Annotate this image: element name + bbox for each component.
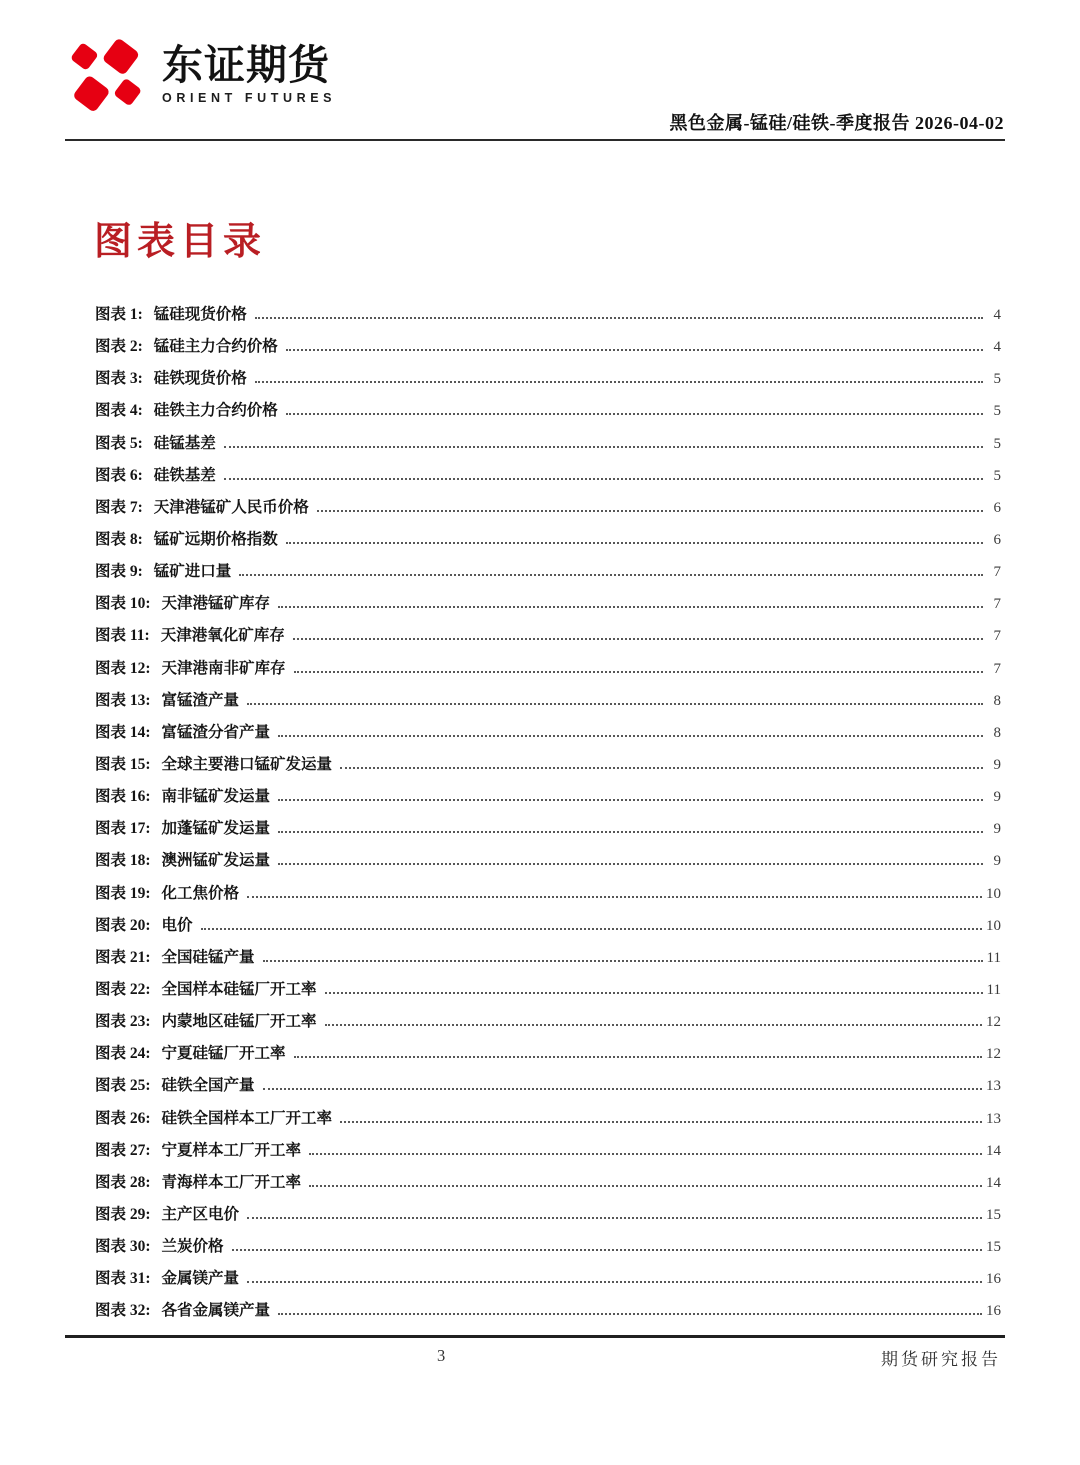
toc-entry[interactable]: 图表 5: 硅锰基差 5	[95, 431, 1001, 463]
toc-entry[interactable]: 图表 12: 天津港南非矿库存 7	[95, 656, 1001, 688]
toc-entry[interactable]: 图表 17: 加蓬锰矿发运量 9	[95, 816, 1001, 848]
toc-entry[interactable]: 图表 25: 硅铁全国产量 13	[95, 1073, 1001, 1105]
toc-entry-number: 图表 10:	[95, 591, 151, 613]
toc-entry-title: 化工焦价格	[162, 881, 240, 903]
toc-entry[interactable]: 图表 11: 天津港氧化矿库存 7	[95, 623, 1001, 655]
toc-entry[interactable]: 图表 23: 内蒙地区硅锰厂开工率 12	[95, 1009, 1001, 1041]
toc-dot-leader	[340, 767, 983, 769]
toc-entry[interactable]: 图表 14: 富锰渣分省产量 8	[95, 720, 1001, 752]
toc-dot-leader	[263, 1088, 982, 1090]
toc-entry-title: 锰硅现货价格	[154, 302, 247, 324]
toc-dot-leader	[325, 1024, 982, 1026]
toc-entry-title: 各省金属镁产量	[162, 1298, 271, 1320]
toc-entry-page-number: 9	[987, 853, 1001, 870]
toc-entry-number: 图表 26:	[95, 1106, 151, 1128]
toc-entry-number: 图表 11:	[95, 623, 150, 645]
report-type-label: 黑色金属-锰硅/硅铁-季度报告 2026-04-02	[670, 109, 1004, 135]
toc-entry-number: 图表 21:	[95, 945, 151, 967]
toc-entry-page-number: 4	[987, 339, 1001, 356]
toc-entry-title: 天津港南非矿库存	[162, 656, 286, 678]
toc-entry-number: 图表 32:	[95, 1298, 151, 1320]
page-title: 图表目录	[94, 210, 266, 265]
toc-entry[interactable]: 图表 26: 硅铁全国样本工厂开工率 13	[95, 1106, 1001, 1138]
toc-entry-page-number: 9	[987, 789, 1001, 806]
toc-entry-page-number: 5	[987, 468, 1001, 485]
toc-entry[interactable]: 图表 18: 澳洲锰矿发运量 9	[95, 848, 1001, 880]
toc-entry-page-number: 5	[987, 371, 1001, 388]
toc-dot-leader	[340, 1121, 982, 1123]
toc-entry-page-number: 5	[987, 403, 1001, 420]
toc-entry-number: 图表 5:	[95, 431, 143, 453]
toc-entry-page-number: 12	[986, 1046, 1001, 1063]
toc-entry-number: 图表 9:	[95, 559, 143, 581]
logo-name-en: ORIENT FUTURES	[162, 91, 336, 105]
toc-entry-number: 图表 28:	[95, 1170, 151, 1192]
toc-entry-number: 图表 31:	[95, 1266, 151, 1288]
toc-entry-title: 南非锰矿发运量	[162, 784, 271, 806]
toc-dot-leader	[263, 960, 983, 962]
toc-entry[interactable]: 图表 32: 各省金属镁产量 16	[95, 1298, 1001, 1330]
toc-entry[interactable]: 图表 31: 金属镁产量 16	[95, 1266, 1001, 1298]
toc-entry-title: 锰矿远期价格指数	[154, 527, 278, 549]
toc-entry-number: 图表 8:	[95, 527, 143, 549]
toc-entry-title: 宁夏样本工厂开工率	[162, 1138, 302, 1160]
toc-entry-page-number: 13	[986, 1078, 1001, 1095]
toc-entry[interactable]: 图表 8: 锰矿远期价格指数 6	[95, 527, 1001, 559]
toc-entry-title: 全球主要港口锰矿发运量	[162, 752, 333, 774]
toc-entry-number: 图表 20:	[95, 913, 151, 935]
toc-dot-leader	[278, 799, 983, 801]
toc-dot-leader	[255, 317, 983, 319]
toc-entry-number: 图表 19:	[95, 881, 151, 903]
toc-entry-number: 图表 13:	[95, 688, 151, 710]
toc-entry-page-number: 12	[986, 1014, 1001, 1031]
toc-entry-number: 图表 1:	[95, 302, 143, 324]
toc-entry-page-number: 7	[987, 661, 1001, 678]
toc-entry-title: 金属镁产量	[162, 1266, 240, 1288]
footer-page-number: 3	[437, 1346, 445, 1366]
toc-entry-title: 天津港锰矿库存	[162, 591, 271, 613]
toc-entry-number: 图表 12:	[95, 656, 151, 678]
toc-entry[interactable]: 图表 27: 宁夏样本工厂开工率 14	[95, 1138, 1001, 1170]
toc-entry-page-number: 9	[987, 821, 1001, 838]
logo-name-cn: 东证期货	[162, 44, 336, 87]
footer-divider	[65, 1335, 1005, 1338]
toc-entry-number: 图表 29:	[95, 1202, 151, 1224]
toc-entry-title: 兰炭价格	[162, 1234, 224, 1256]
toc-entry[interactable]: 图表 4: 硅铁主力合约价格 5	[95, 398, 1001, 430]
toc-entry-title: 硅铁现货价格	[154, 366, 247, 388]
toc-entry-title: 天津港锰矿人民币价格	[154, 495, 309, 517]
toc-entry[interactable]: 图表 13: 富锰渣产量 8	[95, 688, 1001, 720]
orient-futures-pinwheel-icon	[64, 32, 150, 118]
toc-entry-page-number: 16	[986, 1271, 1001, 1288]
toc-dot-leader	[293, 638, 983, 640]
toc-dot-leader	[325, 992, 983, 994]
toc-entry-page-number: 11	[987, 950, 1001, 967]
toc-dot-leader	[278, 735, 983, 737]
toc-entry[interactable]: 图表 10: 天津港锰矿库存 7	[95, 591, 1001, 623]
toc-entry[interactable]: 图表 29: 主产区电价 15	[95, 1202, 1001, 1234]
toc-dot-leader	[232, 1249, 982, 1251]
toc-entry[interactable]: 图表 6: 硅铁基差 5	[95, 463, 1001, 495]
toc-entry-page-number: 14	[986, 1143, 1001, 1160]
toc-dot-leader	[309, 1185, 982, 1187]
toc-entry-title: 富锰渣产量	[162, 688, 240, 710]
toc-dot-leader	[294, 671, 983, 673]
toc-entry[interactable]: 图表 15: 全球主要港口锰矿发运量 9	[95, 752, 1001, 784]
toc-entry-title: 硅铁基差	[154, 463, 216, 485]
toc-entry[interactable]: 图表 20: 电价 10	[95, 913, 1001, 945]
toc-entry-number: 图表 17:	[95, 816, 151, 838]
toc-entry-number: 图表 6:	[95, 463, 143, 485]
toc-entry-number: 图表 22:	[95, 977, 151, 999]
toc-entry-number: 图表 18:	[95, 848, 151, 870]
toc-entry-page-number: 8	[987, 725, 1001, 742]
toc-entry-title: 全国样本硅锰厂开工率	[162, 977, 317, 999]
toc-entry-title: 宁夏硅锰厂开工率	[162, 1041, 286, 1063]
toc-entry-number: 图表 14:	[95, 720, 151, 742]
toc-dot-leader	[278, 606, 983, 608]
toc-entry-number: 图表 24:	[95, 1041, 151, 1063]
toc-dot-leader	[286, 413, 983, 415]
toc-entry-title: 硅铁全国产量	[162, 1073, 255, 1095]
toc-entry-title: 富锰渣分省产量	[162, 720, 271, 742]
toc-dot-leader	[247, 1281, 982, 1283]
toc-entry-page-number: 15	[986, 1239, 1001, 1256]
toc-entry-page-number: 11	[987, 982, 1001, 999]
toc-dot-leader	[201, 928, 982, 930]
toc-entry-title: 锰矿进口量	[154, 559, 232, 581]
toc-entry[interactable]: 图表 28: 青海样本工厂开工率 14	[95, 1170, 1001, 1202]
toc-entry-page-number: 13	[986, 1111, 1001, 1128]
toc-entry-page-number: 16	[986, 1303, 1001, 1320]
toc-dot-leader	[286, 542, 983, 544]
toc-entry-number: 图表 30:	[95, 1234, 151, 1256]
toc-dot-leader	[278, 1313, 982, 1315]
toc-entry-number: 图表 25:	[95, 1073, 151, 1095]
toc-entry[interactable]: 图表 3: 硅铁现货价格 5	[95, 366, 1001, 398]
toc-entry-page-number: 8	[987, 693, 1001, 710]
toc-dot-leader	[286, 349, 983, 351]
toc-entry-page-number: 15	[986, 1207, 1001, 1224]
orient-futures-logo: 东证期货 ORIENT FUTURES	[64, 32, 336, 118]
toc-entry-title: 天津港氧化矿库存	[161, 623, 285, 645]
toc-entry-page-number: 4	[987, 307, 1001, 324]
toc-entry-number: 图表 4:	[95, 398, 143, 420]
toc-dot-leader	[255, 381, 983, 383]
toc-entry-title: 锰硅主力合约价格	[154, 334, 278, 356]
toc-entry-page-number: 7	[987, 596, 1001, 613]
toc-entry-number: 图表 23:	[95, 1009, 151, 1031]
toc-entry[interactable]: 图表 7: 天津港锰矿人民币价格 6	[95, 495, 1001, 527]
toc-dot-leader	[224, 446, 983, 448]
toc-entry-page-number: 7	[987, 564, 1001, 581]
toc-entry-page-number: 10	[986, 886, 1001, 903]
toc-entry-title: 硅铁主力合约价格	[154, 398, 278, 420]
toc-dot-leader	[294, 1056, 982, 1058]
toc-entry-title: 青海样本工厂开工率	[162, 1170, 302, 1192]
toc-entry-page-number: 6	[987, 500, 1001, 517]
toc-entry-title: 澳洲锰矿发运量	[162, 848, 271, 870]
toc-entry[interactable]: 图表 16: 南非锰矿发运量 9	[95, 784, 1001, 816]
toc-entry-number: 图表 7:	[95, 495, 143, 517]
header-divider	[65, 139, 1005, 141]
toc-entry-page-number: 7	[987, 628, 1001, 645]
footer-report-series-label: 期货研究报告	[881, 1345, 1001, 1370]
toc-entry-number: 图表 27:	[95, 1138, 151, 1160]
toc-dot-leader	[247, 896, 982, 898]
toc-entry-title: 主产区电价	[162, 1202, 240, 1224]
toc-entry[interactable]: 图表 21: 全国硅锰产量 11	[95, 945, 1001, 977]
toc-entry[interactable]: 图表 30: 兰炭价格 15	[95, 1234, 1001, 1266]
toc-entry[interactable]: 图表 9: 锰矿进口量 7	[95, 559, 1001, 591]
toc-entry-title: 全国硅锰产量	[162, 945, 255, 967]
logo-text: 东证期货 ORIENT FUTURES	[162, 44, 336, 105]
toc-entry-title: 内蒙地区硅锰厂开工率	[162, 1009, 317, 1031]
toc-entry-number: 图表 3:	[95, 366, 143, 388]
toc-entry-page-number: 6	[987, 532, 1001, 549]
toc-dot-leader	[317, 510, 983, 512]
toc-dot-leader	[247, 703, 983, 705]
toc-dot-leader	[278, 863, 983, 865]
toc-entry-number: 图表 2:	[95, 334, 143, 356]
toc-dot-leader	[224, 478, 983, 480]
toc-entry[interactable]: 图表 22: 全国样本硅锰厂开工率 11	[95, 977, 1001, 1009]
toc-dot-leader	[309, 1153, 982, 1155]
toc-entry[interactable]: 图表 1: 锰硅现货价格 4	[95, 302, 1001, 334]
toc-entry[interactable]: 图表 24: 宁夏硅锰厂开工率 12	[95, 1041, 1001, 1073]
toc-entry-title: 加蓬锰矿发运量	[162, 816, 271, 838]
toc-entry-title: 硅锰基差	[154, 431, 216, 453]
toc-dot-leader	[247, 1217, 982, 1219]
toc-entry[interactable]: 图表 19: 化工焦价格 10	[95, 881, 1001, 913]
toc-entry-number: 图表 16:	[95, 784, 151, 806]
toc-entry-page-number: 5	[987, 436, 1001, 453]
toc-list: 图表 1: 锰硅现货价格 4 图表 2: 锰硅主力合约价格 4 图表 3: 硅铁…	[95, 302, 1001, 1331]
toc-entry-page-number: 10	[986, 918, 1001, 935]
toc-dot-leader	[239, 574, 983, 576]
toc-entry-page-number: 14	[986, 1175, 1001, 1192]
toc-entry-number: 图表 15:	[95, 752, 151, 774]
toc-entry-title: 硅铁全国样本工厂开工率	[162, 1106, 333, 1128]
toc-entry-page-number: 9	[987, 757, 1001, 774]
toc-dot-leader	[278, 831, 983, 833]
report-page: 东证期货 ORIENT FUTURES 黑色金属-锰硅/硅铁-季度报告 2026…	[0, 0, 1080, 1465]
toc-entry-title: 电价	[162, 913, 193, 935]
toc-entry[interactable]: 图表 2: 锰硅主力合约价格 4	[95, 334, 1001, 366]
